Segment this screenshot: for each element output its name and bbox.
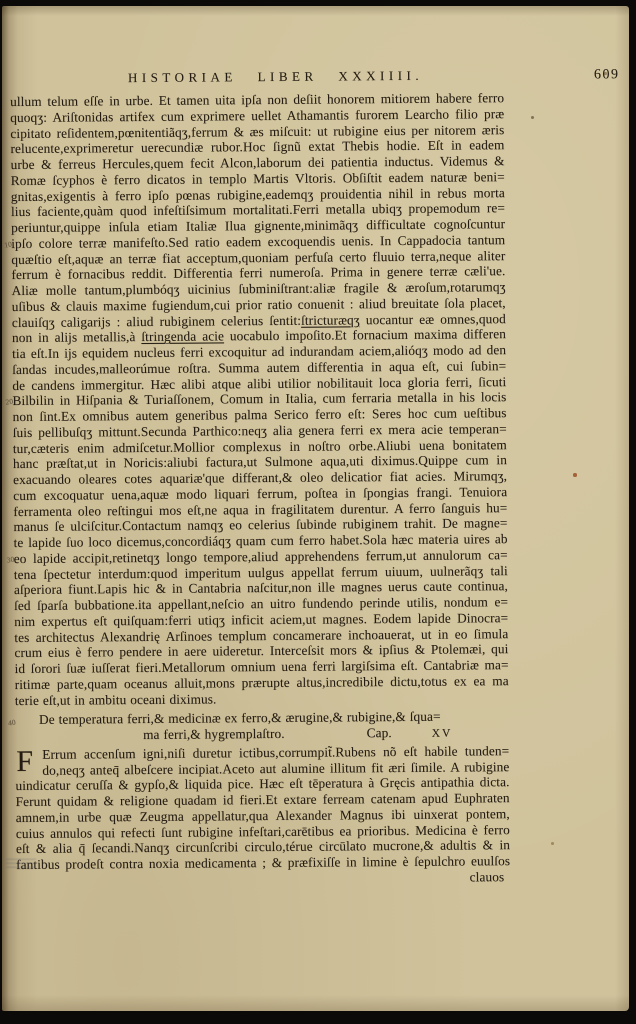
text-column: 10 20 30 40 ullum telum eſſe in urbe. Et…: [10, 90, 510, 888]
drop-cap: F: [16, 748, 33, 776]
margin-line-number: 10: [3, 237, 13, 254]
chapter-cap-label: Cap.: [367, 725, 392, 740]
page-header: HISTORIAE LIBER XXXIIII. 609: [10, 66, 623, 89]
page-content: HISTORIAE LIBER XXXIIII. 609 10 20 30 40…: [1, 5, 636, 1015]
section-text: F Errum accenſum igni,niſi duretur ictib…: [15, 743, 510, 889]
page-number: 609: [594, 67, 620, 83]
margin-line-number: 20: [4, 394, 14, 411]
chapter-heading-line2-text: ma ferri,& hygremplaſtro.: [143, 726, 285, 742]
ink-smudge: [6, 857, 36, 868]
paper-speck: [604, 72, 607, 75]
paper-speck: [573, 473, 577, 477]
chapter-number: XV: [432, 728, 453, 740]
running-title: HISTORIAE LIBER XXXIIII.: [128, 68, 423, 86]
book-page: HISTORIAE LIBER XXXIIII. 609 10 20 30 40…: [2, 6, 629, 1011]
chapter-heading: De temperatura ferri,& medicinæ ex ferro…: [15, 708, 509, 745]
section-lines: Errum accenſum igni,niſi duretur ictibus…: [15, 743, 510, 873]
paper-speck: [551, 842, 554, 845]
text-line: terie eſt,ut in ambitu oceani diximus.: [15, 689, 509, 709]
body-text: ullum telum eſſe in urbe. Et tamen uita …: [10, 90, 509, 708]
paper-speck: [531, 116, 534, 119]
